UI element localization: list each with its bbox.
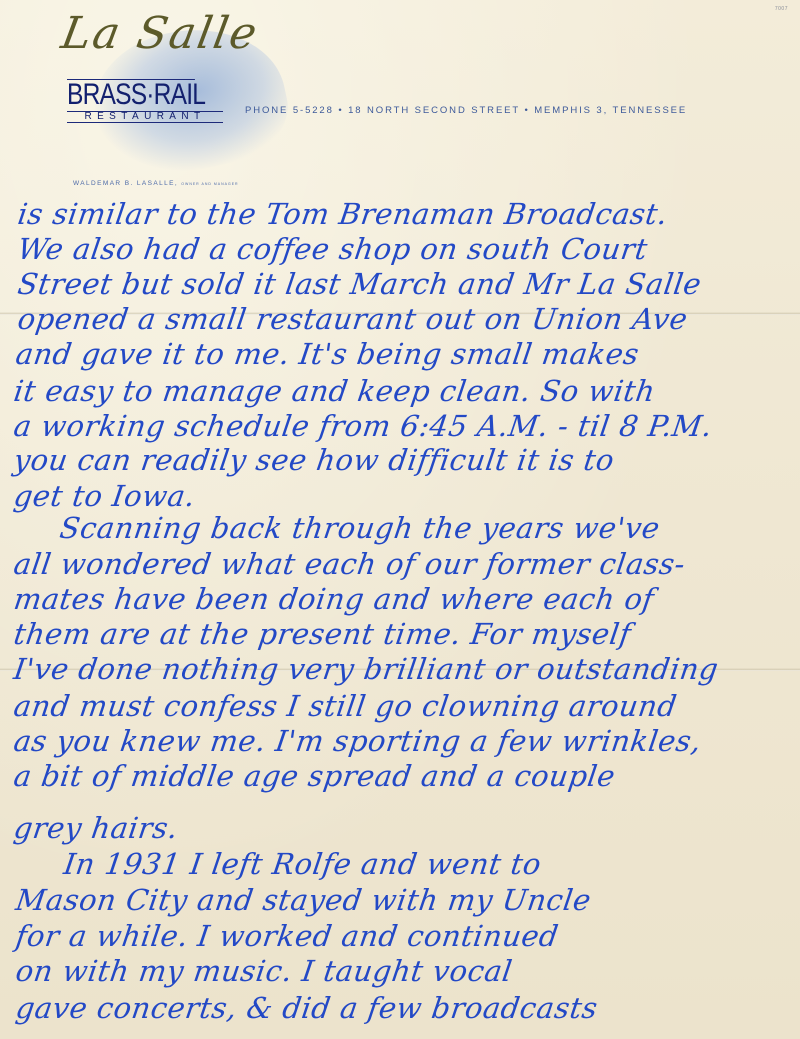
handwritten-line: Mason City and stayed with my Uncle [14,884,593,916]
handwritten-line: In 1931 I left Rolfe and went to [62,848,544,880]
handwritten-line: Scanning back through the years we've [58,512,662,544]
handwritten-line: gave concerts, & did a few broadcasts [14,992,600,1024]
handwritten-line: grey hairs. [12,812,180,844]
logo-subtitle: RESTAURANT [67,111,223,123]
handwritten-line: a working schedule from 6:45 A.M. - til … [12,410,715,442]
handwritten-line: them are at the present time. For myself [12,618,633,650]
handwritten-line: for a while. I worked and continued [14,920,561,952]
handwritten-line: We also had a coffee shop on south Court [16,233,650,265]
logo-script-name: La Salle [58,8,263,59]
logo-brand-name: BRASS·RAIL [67,79,195,110]
contact-line: PHONE 5-5228 • 18 NORTH SECOND STREET • … [245,105,687,116]
handwritten-line: get to Iowa. [12,480,198,512]
handwritten-line: on with my music. I taught vocal [14,955,515,987]
handwritten-line: opened a small restaurant out on Union A… [16,303,690,335]
handwritten-line: mates have been doing and where each of [12,583,656,615]
owner-line: WALDEMAR B. LASALLE, OWNER AND MANAGER [73,180,239,187]
handwritten-line: you can readily see how difficult it is … [12,444,617,476]
handwritten-line: and must confess I still go clowning aro… [12,690,679,722]
owner-name: WALDEMAR B. LASALLE, [73,180,178,187]
handwritten-line: a bit of middle age spread and a couple [12,760,618,792]
handwritten-line: all wondered what each of our former cla… [12,548,688,580]
handwritten-line: and gave it to me. It's being small make… [14,338,641,370]
handwritten-line: is similar to the Tom Brenaman Broadcast… [16,198,670,230]
handwritten-line: I've done nothing very brilliant or outs… [12,653,721,685]
handwritten-line: it easy to manage and keep clean. So wit… [12,375,658,407]
handwritten-line: as you knew me. I'm sporting a few wrink… [12,725,704,757]
corner-print-mark: 7007 [775,6,788,12]
owner-title: OWNER AND MANAGER [181,182,238,186]
handwritten-line: Street but sold it last March and Mr La … [16,268,704,300]
